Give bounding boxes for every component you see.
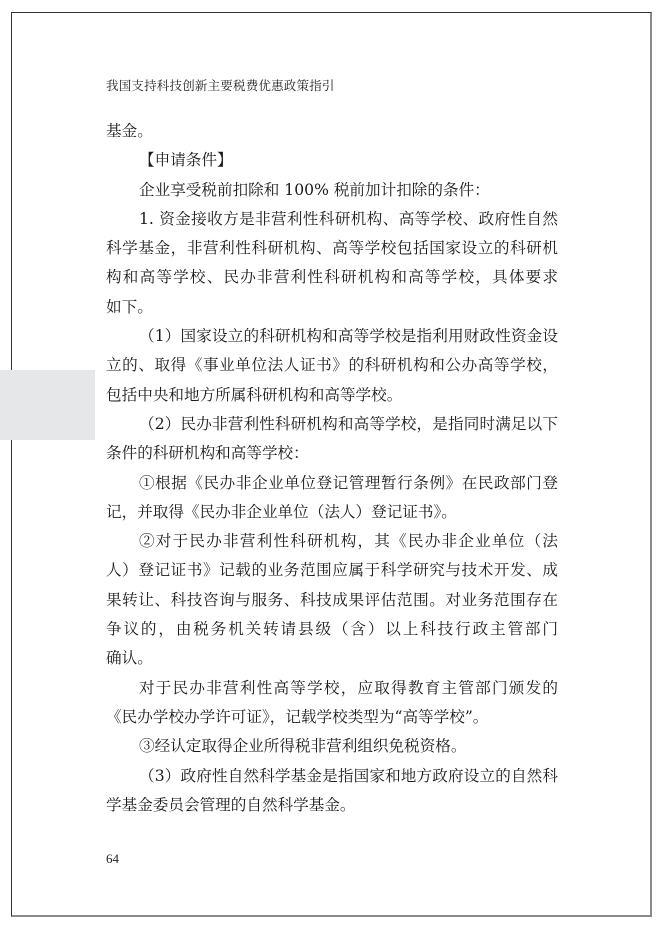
text-line: 《民办学校办学许可证》，记载学校类型为“高等学校”。 bbox=[106, 703, 558, 732]
page-number: 64 bbox=[106, 851, 119, 867]
body-text: 基金。 【申请条件】 企业享受税前扣除和 100% 税前加计扣除的条件： 1. … bbox=[106, 117, 558, 820]
text-line: （2）民办非营利性科研机构和高等学校，是指同时满足以下 bbox=[106, 410, 558, 439]
text-line: 果转让、科技咨询与服务、科技成果评估范围。对业务范围存在 bbox=[106, 586, 558, 615]
text-line: ①根据《民办非企业单位登记管理暂行条例》在民政部门登 bbox=[106, 469, 558, 498]
section-heading: 【申请条件】 bbox=[106, 146, 558, 175]
text-line: 构和高等学校、民办非营利性科研机构和高等学校，具体要求 bbox=[106, 263, 558, 292]
text-line: 包括中央和地方所属科研机构和高等学校。 bbox=[106, 381, 558, 410]
text-line: 立的、取得《事业单位法人证书》的科研机构和公办高等学校， bbox=[106, 351, 558, 380]
text-line: 条件的科研机构和高等学校： bbox=[106, 439, 558, 468]
text-line: 学基金委员会管理的自然科学基金。 bbox=[106, 791, 558, 820]
text-line: 确认。 bbox=[106, 644, 558, 673]
text-line: ③经认定取得企业所得税非营利组织免税资格。 bbox=[106, 732, 558, 761]
text-line: 记，并取得《民办非企业单位（法人）登记证书》。 bbox=[106, 498, 558, 527]
text-line: ②对于民办非营利性科研机构，其《民办非企业单位（法 bbox=[106, 527, 558, 556]
text-line: （3）政府性自然科学基金是指国家和地方政府设立的自然科 bbox=[106, 762, 558, 791]
text-line: 企业享受税前扣除和 100% 税前加计扣除的条件： bbox=[106, 176, 558, 205]
text-line: 对于民办非营利性高等学校，应取得教育主管部门颁发的 bbox=[106, 674, 558, 703]
chapter-side-tab bbox=[0, 370, 95, 440]
text-line: 如下。 bbox=[106, 293, 558, 322]
text-line: 基金。 bbox=[106, 117, 558, 146]
text-line: （1）国家设立的科研机构和高等学校是指利用财政性资金设 bbox=[106, 322, 558, 351]
running-header: 我国支持科技创新主要税费优惠政策指引 bbox=[106, 76, 335, 94]
text-line: 1. 资金接收方是非营利性科研机构、高等学校、政府性自然 bbox=[106, 205, 558, 234]
text-line: 科学基金，非营利性科研机构、高等学校包括国家设立的科研机 bbox=[106, 234, 558, 263]
text-line: 人）登记证书》记载的业务范围应属于科学研究与技术开发、成 bbox=[106, 556, 558, 585]
text-line: 争议的，由税务机关转请县级（含）以上科技行政主管部门 bbox=[106, 615, 558, 644]
